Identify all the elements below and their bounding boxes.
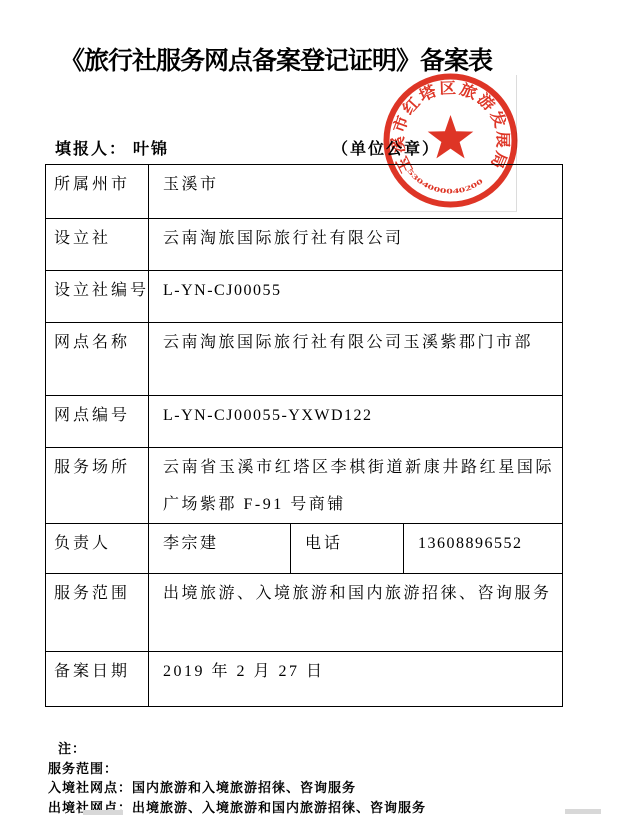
filler-person: 填报人：叶锦 [55, 136, 169, 159]
note-line: 服务范围： [48, 759, 426, 779]
note-heading: 注： [48, 739, 426, 759]
row-service-location-label: 服务场所 [46, 448, 149, 524]
note-line: 入境社网点：国内旅游和入境旅游招徕、咨询服务 [48, 778, 426, 798]
row-parent-agency-code-value: L-YN-CJ00055 [149, 271, 563, 323]
row-city-label: 所属州市 [46, 165, 149, 219]
row-parent-agency: 设立社 云南淘旅国际旅行社有限公司 [46, 219, 563, 271]
row-outlet-name-value: 云南淘旅国际旅行社有限公司玉溪紫郡门市部 [149, 323, 563, 396]
row-outlet-name-label: 网点名称 [46, 323, 149, 396]
stamp-star-icon [428, 115, 474, 158]
official-stamp: 玉溪市红塔区旅游发展局 5304000040200 [378, 68, 523, 213]
row-parent-agency-value: 云南淘旅国际旅行社有限公司 [149, 219, 563, 271]
row-parent-agency-code: 设立社编号 L-YN-CJ00055 [46, 271, 563, 323]
row-manager-label: 负责人 [46, 524, 149, 574]
stamp-code-text: 5304000040200 [405, 167, 485, 195]
page-corner-artifact-right [565, 809, 601, 814]
row-outlet-code-value: L-YN-CJ00055-YXWD122 [149, 396, 563, 448]
row-filing-date-label: 备案日期 [46, 652, 149, 707]
registration-table: 所属州市 玉溪市 设立社 云南淘旅国际旅行社有限公司 设立社编号 L-YN-CJ… [45, 164, 563, 707]
row-service-location-value: 云南省玉溪市红塔区李棋街道新康井路红星国际广场紫郡 F-91 号商铺 [149, 448, 563, 524]
footer-notes: 注： 服务范围： 入境社网点：国内旅游和入境旅游招徕、咨询服务 出境社网点：出境… [48, 739, 426, 816]
row-filing-date-value: 2019 年 2 月 27 日 [149, 652, 563, 707]
page-corner-artifact-left [83, 810, 123, 815]
row-parent-agency-code-label: 设立社编号 [46, 271, 149, 323]
row-phone-label: 电话 [291, 524, 404, 574]
row-phone-value: 13608896552 [404, 524, 563, 574]
row-outlet-name: 网点名称 云南淘旅国际旅行社有限公司玉溪紫郡门市部 [46, 323, 563, 396]
row-filing-date: 备案日期 2019 年 2 月 27 日 [46, 652, 563, 707]
row-parent-agency-label: 设立社 [46, 219, 149, 271]
row-manager-value: 李宗建 [149, 524, 291, 574]
row-service-scope-label: 服务范围 [46, 574, 149, 652]
document-page: 《旅行社服务网点备案登记证明》备案表 填报人：叶锦 （单位公章） 所属州市 玉溪… [0, 0, 619, 816]
row-service-scope-value: 出境旅游、入境旅游和国内旅游招徕、咨询服务 [149, 574, 563, 652]
filler-label: 填报人： [55, 141, 127, 158]
row-outlet-code-label: 网点编号 [46, 396, 149, 448]
row-outlet-code: 网点编号 L-YN-CJ00055-YXWD122 [46, 396, 563, 448]
row-service-scope: 服务范围 出境旅游、入境旅游和国内旅游招徕、咨询服务 [46, 574, 563, 652]
row-manager: 负责人 李宗建 电话 13608896552 [46, 524, 563, 574]
svg-text:5304000040200: 5304000040200 [405, 167, 485, 195]
filler-name: 叶锦 [133, 141, 169, 158]
row-service-location: 服务场所 云南省玉溪市红塔区李棋街道新康井路红星国际广场紫郡 F-91 号商铺 [46, 448, 563, 524]
